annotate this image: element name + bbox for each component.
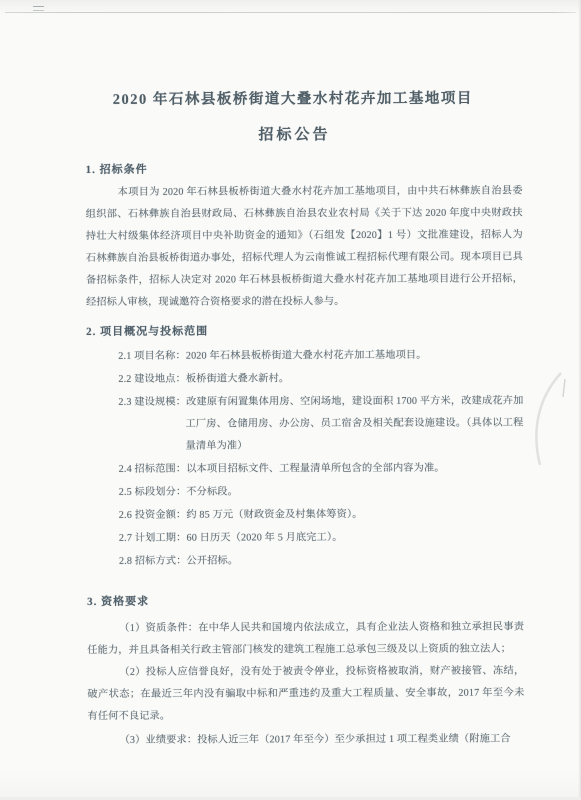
item-investment-amount: 2.6 投资金额：约 85 万元（财政资金及村集体筹资）。: [119, 503, 524, 526]
item-project-name: 2.1 项目名称：2020 年石林县板桥街道大叠水村花卉加工基地项目。: [118, 344, 523, 367]
scan-smudge-mark: [33, 6, 44, 11]
requirement-reputation: （2）投标人应信誉良好，没有处于被责令停业，投标资格被取消，财产被接管、冻结，破…: [87, 660, 524, 728]
item-lot-division: 2.5 标段划分：不分标段。: [119, 480, 524, 503]
item-construction-scale: 2.3 建设规模：改建原有闲置集体用房、空闲场地，建设面积 1700 平方米，改…: [118, 390, 523, 457]
requirement-qualification: （1）资质条件：在中华人民共和国境内依法成立，具有企业法人资格和独立承担民事责任…: [87, 616, 524, 662]
section-2-items: 2.1 项目名称：2020 年石林县板桥街道大叠水村花卉加工基地项目。 2.2 …: [86, 344, 524, 573]
item-bid-scope: 2.4 招标范围：以本项目招标文件、工程量清单所包含的全部内容为准。: [119, 457, 524, 480]
document-subtitle: 招标公告: [85, 124, 500, 147]
document-title: 2020 年石林县板桥街道大叠水村花卉加工基地项目: [85, 87, 500, 112]
section-1-paragraph: 本项目为 2020 年石林县板桥街道大叠水村花卉加工基地项目，由中共石林彝族自治…: [86, 180, 523, 314]
section-1-heading: 1. 招标条件: [86, 158, 523, 180]
section-3-heading: 3. 资格要求: [87, 590, 524, 612]
document-body: 2020 年石林县板桥街道大叠水村花卉加工基地项目 招标公告 1. 招标条件 本…: [85, 0, 525, 752]
item-bid-method: 2.8 招标方式：公开招标。: [119, 549, 524, 572]
paper-crease-mark: [527, 367, 573, 471]
requirement-performance: （3）业绩要求：投标人近三年（2017 年至今）至少承担过 1 项工程类业绩（附…: [88, 728, 525, 752]
scanned-document-page: 2020 年石林县板桥街道大叠水村花卉加工基地项目 招标公告 1. 招标条件 本…: [0, 0, 581, 800]
section-2-heading: 2. 项目概况与投标范围: [86, 320, 523, 342]
item-planned-duration: 2.7 计划工期：60 日历天（2020 年 5 月底完工）。: [119, 526, 524, 549]
item-construction-site: 2.2 建设地点：板桥街道大叠水新村。: [118, 367, 523, 390]
